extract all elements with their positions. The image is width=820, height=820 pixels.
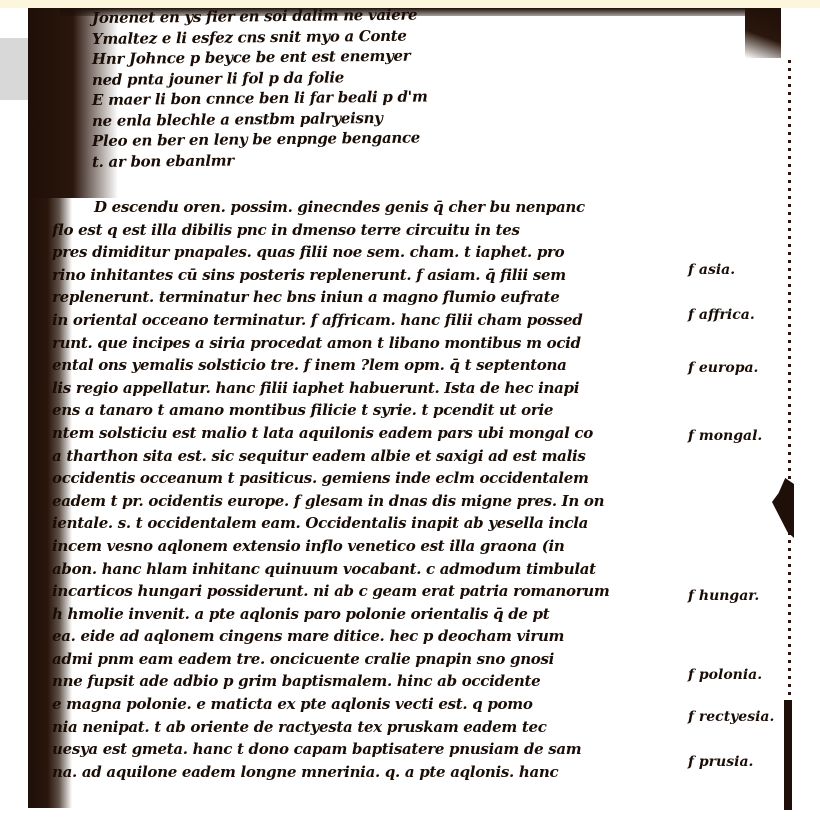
body-line: incem vesno aqlonem extensio inflo venet… <box>52 535 662 558</box>
margin-note-mongal: f mongal. <box>688 428 762 444</box>
header-line: Hnr Johnce p beyce be ent est enemyer <box>92 45 428 69</box>
body-line: admi pnm eam eadem tre. oncicuente crali… <box>52 648 662 671</box>
margin-note-rectyesia: f rectyesia. <box>688 709 774 725</box>
scan-edge-right <box>788 60 791 805</box>
header-line: Pleo en ber en leny be enpnge bengance <box>92 127 428 151</box>
body-line: ens a tanaro t amano montibus filicie t … <box>52 399 662 422</box>
body-line: ea. eide ad aqlonem cingens mare ditice.… <box>52 625 662 648</box>
body-line: h hmolie invenit. a pte aqlonis paro pol… <box>52 603 662 626</box>
body-text-block: D escendu oren. possim. ginecndes genis … <box>52 196 662 783</box>
body-line: e magna polonie. e maticta ex pte aqloni… <box>52 693 662 716</box>
body-line: lis regio appellatur. hanc filii iaphet … <box>52 377 662 400</box>
margin-note-prusia: f prusia. <box>688 754 753 770</box>
body-line: uesya est gmeta. hanc t dono capam bapti… <box>52 738 662 761</box>
body-line: abon. hanc hlam inhitanc quinuum vocaban… <box>52 558 662 581</box>
scan-edge-right-bottom <box>784 700 792 810</box>
body-line: ntem solsticiu est malio t lata aquiloni… <box>52 422 662 445</box>
body-line: rino inhitantes cū sins posteris replene… <box>52 264 662 287</box>
body-line: na. ad aquilone eadem longne mnerinia. q… <box>52 761 662 784</box>
scan-corner-top-right <box>745 8 781 58</box>
body-line: pres dimiditur pnapales. quas filii noe … <box>52 241 662 264</box>
body-line: ientale. s. t occidentalem eam. Occident… <box>52 512 662 535</box>
body-line: ental ons yemalis solsticio tre. f inem … <box>52 354 662 377</box>
margin-note-affrica: f affrica. <box>688 307 755 323</box>
margin-note-hungar: f hungar. <box>688 588 759 604</box>
margin-note-asia: f asia. <box>688 262 735 278</box>
body-line: replenerunt. terminatur hec bns iniun a … <box>52 286 662 309</box>
margin-note-polonia: f polonia. <box>688 667 762 683</box>
body-line: a tharthon sita est. sic sequitur eadem … <box>52 445 662 468</box>
body-line: eadem t pr. ocidentis europe. f glesam i… <box>52 490 662 513</box>
header-line: t. ar bon ebanlmr <box>92 148 428 172</box>
body-line: D escendu oren. possim. ginecndes genis … <box>52 196 662 219</box>
header-line: E maer li bon cnnce ben li far beali p d… <box>92 86 428 110</box>
header-verse-block: Jonenet en ys fier en soi dalim ne vaier… <box>92 8 428 172</box>
header-line: Jonenet en ys fier en soi dalim ne vaier… <box>92 4 428 28</box>
body-line: nia nenipat. t ab oriente de ractyesta t… <box>52 716 662 739</box>
body-line: runt. que incipes a siria procedat amon … <box>52 332 662 355</box>
body-line: incarticos hungari possiderunt. ni ab c … <box>52 580 662 603</box>
body-line: nne fupsit ade adbio p grim baptismalem.… <box>52 670 662 693</box>
body-line: occidentis occeanum t pasiticus. gemiens… <box>52 467 662 490</box>
margin-note-europa: f europa. <box>688 360 758 376</box>
body-line: flo est q est illa dibilis pnc in dmenso… <box>52 219 662 242</box>
body-line: in oriental occeano terminatur. f affric… <box>52 309 662 332</box>
